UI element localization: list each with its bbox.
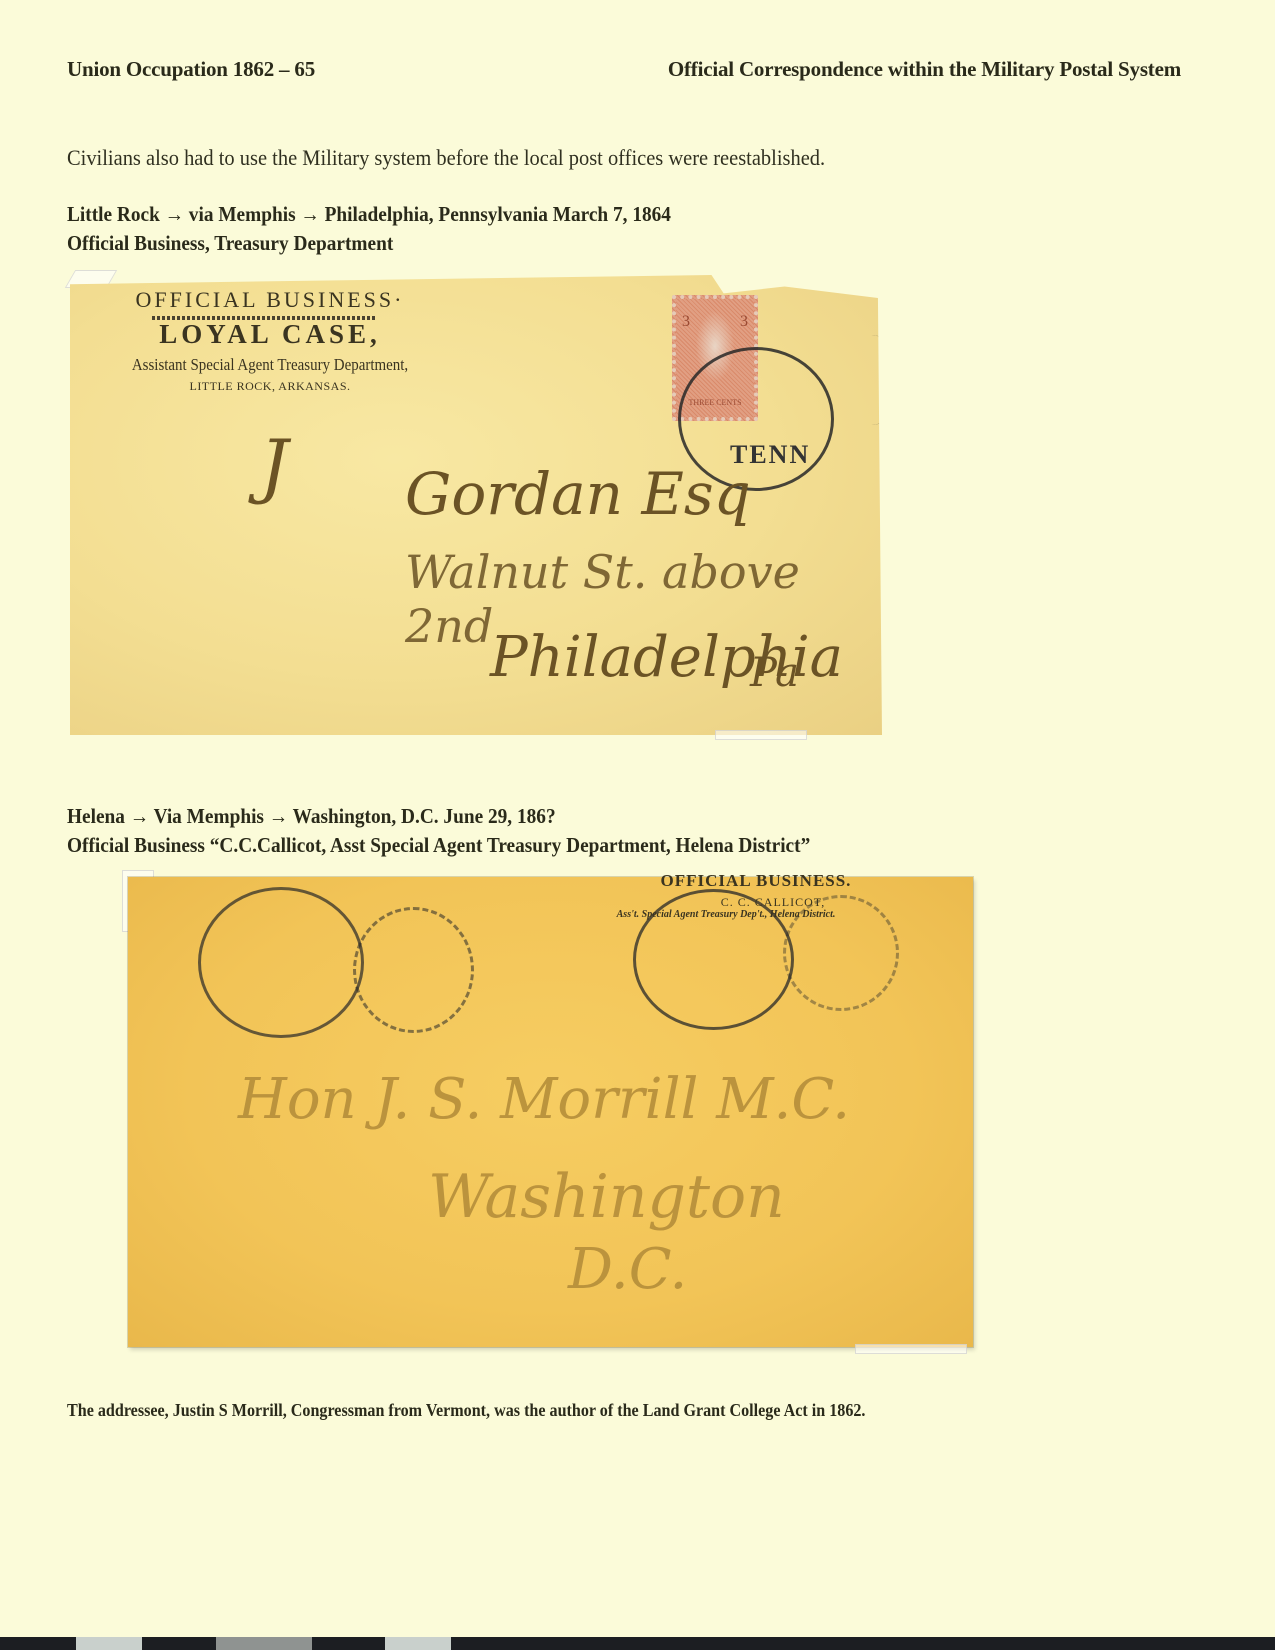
scanner-edge <box>0 1637 1275 1650</box>
address-line2: Washington <box>428 1162 785 1232</box>
cover1-corner-line1: OFFICIAL BUSINESS· <box>90 287 450 313</box>
address-line1: Hon J. S. Morrill M.C. <box>238 1067 850 1132</box>
page-header-left: Union Occupation 1862 – 65 <box>67 57 315 82</box>
postmark-partial <box>840 335 903 425</box>
address-state: Pa <box>750 650 799 696</box>
cover1-heading: Little Rock → via Memphis → Philadelphia… <box>67 200 671 258</box>
postmark-circle <box>198 887 364 1038</box>
cover2-corner-line1: OFFICIAL BUSINESS. <box>606 871 906 891</box>
page-header-right: Official Correspondence within the Milit… <box>668 57 1181 82</box>
cover1-corner-line3: Assistant Special Agent Treasury Departm… <box>94 355 446 375</box>
cover2-envelope: OFFICIAL BUSINESS. C. C. CALLICOT, Ass't… <box>128 877 973 1347</box>
cover1-envelope: OFFICIAL BUSINESS· LOYAL CASE, Assistant… <box>70 275 882 735</box>
cover1-corner-line4: LITTLE ROCK, ARKANSAS. <box>90 379 450 394</box>
cover1-route: Little Rock → via Memphis → Philadelphia… <box>67 200 671 229</box>
cover2-corner-line3: Ass't. Special Agent Treasury Dep't., He… <box>546 909 906 920</box>
address-line1: Gordan Esq <box>405 460 751 528</box>
cover2-heading: Helena → Via Memphis → Washington, D.C. … <box>67 802 810 860</box>
cover1-subtitle: Official Business, Treasury Department <box>67 229 671 258</box>
cover2-route: Helena → Via Memphis → Washington, D.C. … <box>67 802 810 831</box>
mount-corner <box>855 1344 967 1354</box>
address-initial: J <box>260 425 288 507</box>
postmark-duplex <box>353 907 474 1033</box>
address-line3: D.C. <box>568 1237 687 1302</box>
mount-corner <box>715 730 807 740</box>
caption-text: The addressee, Justin S Morrill, Congres… <box>67 1400 865 1421</box>
intro-text: Civilians also had to use the Military s… <box>67 145 825 171</box>
cover2-subtitle: Official Business “C.C.Callicot, Asst Sp… <box>67 831 810 860</box>
cover1-corner-line2: LOYAL CASE, <box>90 319 450 350</box>
cover2-corner-line2: C. C. CALLICOT, <box>688 895 858 910</box>
